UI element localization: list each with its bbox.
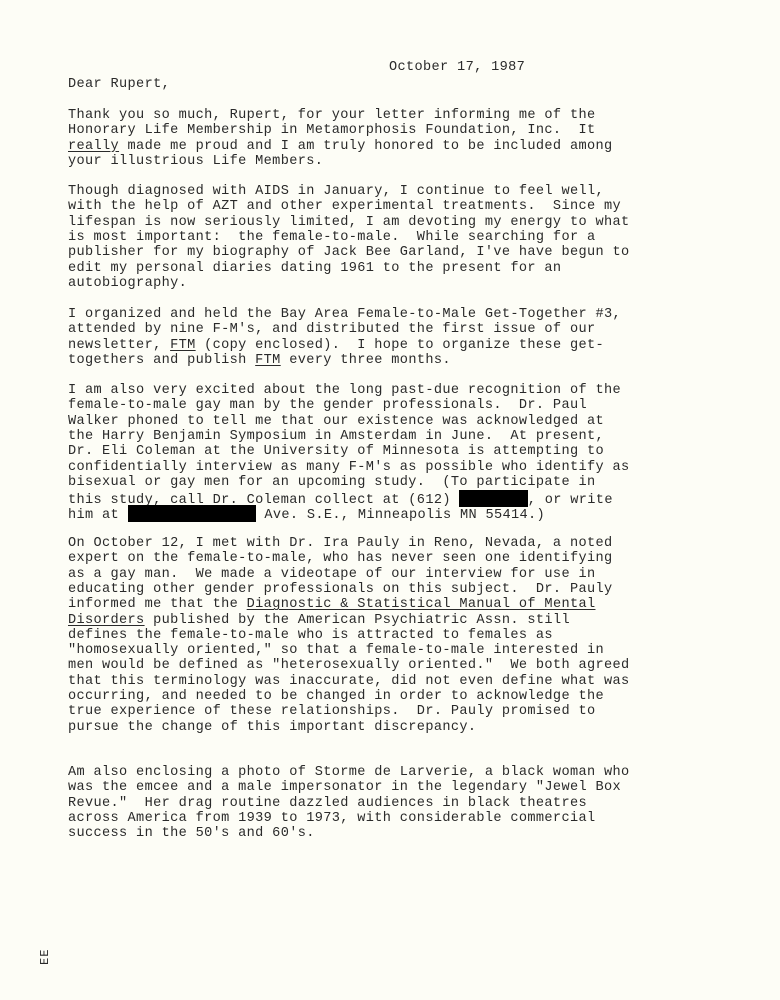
text-line: pursue the change of this important disc… [68,720,476,735]
text-segment: I organized and held the Bay Area Female… [68,307,621,322]
text-line: informed me that the Diagnostic & Statis… [68,597,595,612]
text-segment: the Harry Benjamin Symposium in Amsterda… [68,429,604,444]
text-line: togethers and publish FTM every three mo… [68,353,451,368]
text-segment: occurring, and needed to be changed in o… [68,689,604,704]
text-segment: Though diagnosed with AIDS in January, I… [68,184,604,199]
text-segment: "homosexually oriented," so that a femal… [68,643,604,658]
text-line: "homosexually oriented," so that a femal… [68,643,604,658]
text-line: the Harry Benjamin Symposium in Amsterda… [68,429,604,444]
text-line: Revue." Her drag routine dazzled audienc… [68,796,587,811]
text-segment: Am also enclosing a photo of Storme de L… [68,765,630,780]
text-line: your illustrious Life Members. [68,154,323,169]
text-line: men would be defined as "heterosexually … [68,658,630,673]
text-line: autobiography. [68,276,187,291]
text-segment: autobiography. [68,276,187,291]
text-line: publisher for my biography of Jack Bee G… [68,245,630,260]
letter-page: October 17, 1987 Dear Rupert, Thank you … [0,0,780,1000]
text-segment: informed me that the [68,597,247,612]
text-line: across America from 1939 to 1973, with c… [68,811,595,826]
text-line: female-to-male gay man by the gender pro… [68,398,587,413]
text-segment: men would be defined as "heterosexually … [68,658,630,673]
text-segment: across America from 1939 to 1973, with c… [68,811,595,826]
text-segment: was the emcee and a male impersonator in… [68,780,621,795]
text-segment: success in the 50's and 60's. [68,826,315,841]
text-line: Honorary Life Membership in Metamorphosi… [68,123,595,138]
text-segment: confidentially interview as many F-M's a… [68,460,630,475]
text-segment: as a gay man. We made a videotape of our… [68,567,595,582]
text-line: Dr. Eli Coleman at the University of Min… [68,444,604,459]
underlined-text: FTM [170,338,196,353]
text-line: really made me proud and I am truly hono… [68,139,613,154]
text-segment: publisher for my biography of Jack Bee G… [68,245,630,260]
text-line: I organized and held the Bay Area Female… [68,307,621,322]
text-line: attended by nine F-M's, and distributed … [68,322,595,337]
text-line: was the emcee and a male impersonator in… [68,780,621,795]
text-line: occurring, and needed to be changed in o… [68,689,604,704]
underlined-text: Diagnostic & Statistical Manual of Menta… [247,597,596,612]
text-segment: is most important: the female-to-male. W… [68,230,595,245]
text-line: that this terminology was inaccurate, di… [68,674,630,689]
text-segment: togethers and publish [68,353,255,368]
text-segment: Honorary Life Membership in Metamorphosi… [68,123,595,138]
text-segment: with the help of AZT and other experimen… [68,199,621,214]
salutation: Dear Rupert, [68,77,170,92]
text-segment: edit my personal diaries dating 1961 to … [68,261,561,276]
text-segment: him at [68,508,128,523]
underlined-text: Disorders [68,613,145,628]
text-line: Disorders published by the American Psyc… [68,613,570,628]
text-line: newsletter, FTM (copy enclosed). I hope … [68,338,604,353]
text-line: defines the female-to-male who is attrac… [68,628,553,643]
text-segment: every three months. [281,353,451,368]
text-segment: newsletter, [68,338,170,353]
underlined-text: really [68,139,119,154]
redaction-bar [128,505,256,522]
text-line: success in the 50's and 60's. [68,826,315,841]
text-line: Thank you so much, Rupert, for your lett… [68,108,595,123]
text-segment: true experience of these relationships. … [68,704,595,719]
text-segment: expert on the female-to-male, who has ne… [68,551,612,566]
text-segment: educating other gender professionals on … [68,582,612,597]
text-segment: your illustrious Life Members. [68,154,323,169]
text-line: with the help of AZT and other experimen… [68,199,621,214]
text-segment: Ave. S.E., Minneapolis MN 55414.) [256,508,545,523]
text-line: him at Ave. S.E., Minneapolis MN 55414.) [68,505,545,523]
text-line: edit my personal diaries dating 1961 to … [68,261,561,276]
letter-date: October 17, 1987 [389,60,525,75]
text-segment: bisexual or gay men for an upcoming stud… [68,475,595,490]
text-line: On October 12, I met with Dr. Ira Pauly … [68,536,612,551]
text-segment: (copy enclosed). I hope to organize thes… [196,338,604,353]
text-segment: I am also very excited about the long pa… [68,383,621,398]
text-segment: pursue the change of this important disc… [68,720,476,735]
text-segment: On October 12, I met with Dr. Ira Pauly … [68,536,612,551]
text-segment: attended by nine F-M's, and distributed … [68,322,595,337]
text-line: lifespan is now seriously limited, I am … [68,215,630,230]
text-line: bisexual or gay men for an upcoming stud… [68,475,595,490]
text-line: Though diagnosed with AIDS in January, I… [68,184,604,199]
text-segment: made me proud and I am truly honored to … [119,139,612,154]
text-segment: Walker phoned to tell me that our existe… [68,414,604,429]
text-line: true experience of these relationships. … [68,704,595,719]
text-segment: that this terminology was inaccurate, di… [68,674,630,689]
text-line: I am also very excited about the long pa… [68,383,621,398]
text-line: confidentially interview as many F-M's a… [68,460,630,475]
text-line: Am also enclosing a photo of Storme de L… [68,765,630,780]
text-line: as a gay man. We made a videotape of our… [68,567,595,582]
text-segment: defines the female-to-male who is attrac… [68,628,553,643]
text-line: Walker phoned to tell me that our existe… [68,414,604,429]
text-segment: Revue." Her drag routine dazzled audienc… [68,796,587,811]
text-line: educating other gender professionals on … [68,582,612,597]
text-segment: published by the American Psychiatric As… [145,613,570,628]
text-segment: Dr. Eli Coleman at the University of Min… [68,444,604,459]
text-line: is most important: the female-to-male. W… [68,230,595,245]
underlined-text: FTM [255,353,281,368]
text-segment: female-to-male gay man by the gender pro… [68,398,587,413]
text-line: expert on the female-to-male, who has ne… [68,551,612,566]
text-segment: Thank you so much, Rupert, for your lett… [68,108,595,123]
text-segment: lifespan is now seriously limited, I am … [68,215,630,230]
margin-mark: EE [38,949,52,965]
